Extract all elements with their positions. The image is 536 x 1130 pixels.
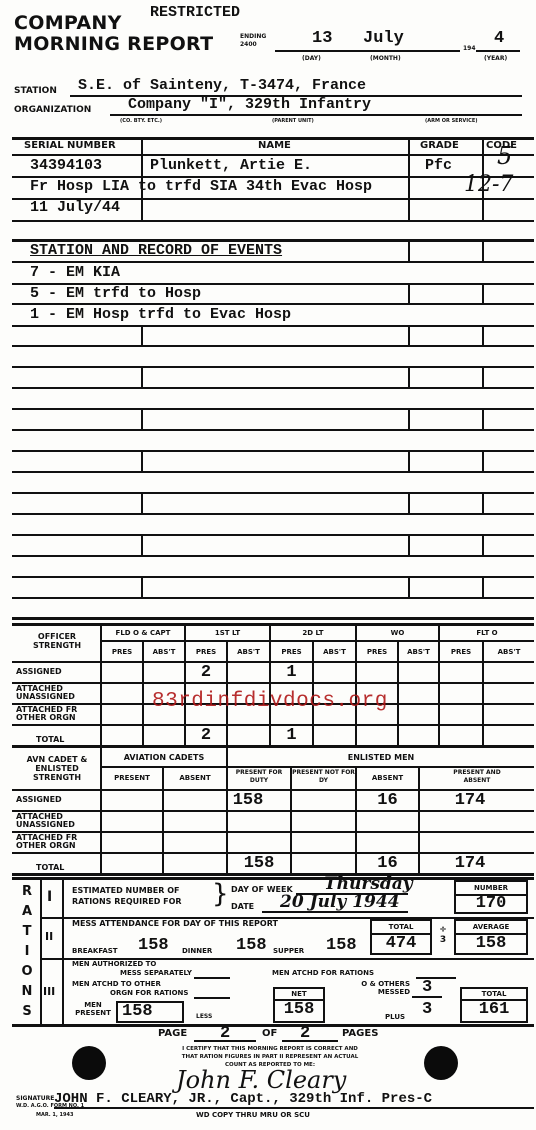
atchd-rations-label: MEN ATCHD FOR RATIONS — [272, 969, 374, 977]
plus-value: 3 — [422, 1000, 432, 1019]
date-label: DATE — [231, 902, 254, 911]
officer-group-flt-o: FLT O — [440, 629, 534, 637]
brace-icon: } — [212, 881, 229, 907]
enlisted-strength-title: AVN CADET & ENLISTED STRENGTH — [14, 755, 100, 782]
mess-total-value: 474 — [372, 934, 430, 953]
organization-underline — [110, 114, 522, 116]
rations-letter: N — [16, 982, 38, 1002]
officer-top-rule — [12, 623, 534, 626]
report-month: July — [363, 29, 404, 48]
organization-value: Company "I", 329th Infantry — [128, 96, 371, 113]
binder-hole-right-icon — [424, 1046, 458, 1080]
rations-numeral-2: II — [45, 930, 53, 943]
blank-rule — [12, 366, 534, 368]
entry-serial: 34394103 — [30, 157, 102, 174]
blank-rule — [12, 345, 534, 347]
enlisted-group-cadets: AVIATION CADETS — [102, 754, 226, 762]
mess-attendance-label: MESS ATTENDANCE FOR DAY OF THIS REPORT — [72, 919, 278, 928]
enlisted-subcol-absent-em: ABSENT — [357, 774, 418, 782]
event-item-1: 7 - EM KIA — [30, 264, 120, 281]
men-authorized-label-1: MEN AUTHORIZED TO — [72, 960, 156, 968]
form-title-line2: MORNING REPORT — [14, 33, 213, 55]
events-rule-1 — [12, 261, 534, 263]
enlisted-subcol-present: PRESENT — [102, 774, 162, 782]
ration-number-label: NUMBER — [456, 884, 526, 892]
blank-div — [482, 408, 484, 429]
mess-average-label: AVERAGE — [456, 923, 526, 931]
date-underline — [275, 50, 460, 52]
estimated-label-line2: RATIONS REQUIRED FOR — [72, 896, 182, 907]
men-present-label-1: MEN — [72, 1001, 114, 1009]
day-of-week-value: Thursday — [324, 874, 413, 894]
officer-subcol-abst: ABS'T — [484, 648, 534, 656]
report-day: 13 — [312, 29, 332, 48]
enlisted-total-absent: 16 — [357, 854, 418, 873]
report-year: 4 — [494, 29, 504, 48]
men-authorized-label-2: MESS SEPARATELY — [120, 969, 192, 977]
classification-stamp: RESTRICTED — [150, 4, 240, 21]
of-label: OF — [262, 1028, 277, 1039]
events-col-code-2 — [482, 283, 484, 303]
officer-group-fld-capt: FLD O & CAPT — [102, 629, 184, 637]
officer-group-2d-lt: 2D LT — [271, 629, 355, 637]
officer-subcol-abst: ABS'T — [144, 648, 184, 656]
org-caption-parent: (PARENT UNIT) — [272, 118, 314, 124]
officer-row-attached-other: ATTACHED FR OTHER ORGN — [16, 706, 96, 722]
enlisted-subcol-present-not-for-duty: PRESENT NOT FOR DY — [292, 769, 355, 785]
mess-total-label: TOTAL — [372, 923, 430, 931]
enlisted-row-attached-unassigned: ATTACHED UNASSIGNED — [16, 813, 96, 829]
blank-div — [408, 408, 410, 429]
entry-name: Plunkett, Artie E. — [150, 157, 312, 174]
officer-bottom-rule — [12, 745, 534, 748]
officer-subcol-abst: ABS'T — [314, 648, 355, 656]
rations-bottom-rule — [12, 1024, 534, 1027]
entry-handwritten-note: 12-7 — [464, 172, 513, 197]
blank-rule — [12, 555, 534, 557]
station-value: S.E. of Sainteny, T-3474, France — [78, 77, 366, 94]
blank-rule — [12, 429, 534, 431]
rations-estimated-label: ESTIMATED NUMBER OF RATIONS REQUIRED FOR — [72, 885, 182, 907]
blank-rule — [12, 492, 534, 494]
supper-label: SUPPER — [273, 947, 304, 955]
blank-div — [482, 534, 484, 555]
form-title-line1: COMPANY — [14, 12, 122, 34]
blank-rule — [12, 450, 534, 452]
enlisted-group-rule — [100, 766, 534, 768]
events-heading: STATION AND RECORD OF EVENTS — [30, 242, 282, 259]
blank-rule — [12, 576, 534, 578]
dinner-value: 158 — [236, 936, 267, 955]
ration-number-value: 170 — [456, 894, 526, 913]
officer-assigned-2d-lt-pres: 1 — [271, 663, 312, 682]
net-value: 158 — [275, 1000, 323, 1019]
others-messed-label: O & OTHERS MESSED — [346, 980, 410, 996]
event-item-2: 5 - EM trfd to Hosp — [30, 285, 201, 302]
dinner-label: DINNER — [182, 947, 212, 955]
blank-rule — [12, 617, 534, 620]
certify-line-1: I CERTIFY THAT THIS MORNING REPORT IS CO… — [140, 1045, 400, 1053]
enlisted-strength-title-text: AVN CADET & ENLISTED STRENGTH — [14, 755, 100, 782]
blank-div — [141, 366, 143, 387]
officer-subcol-abst: ABS'T — [399, 648, 438, 656]
rations-letter: S — [16, 1002, 38, 1022]
officer-subcol-pres: PRES — [186, 648, 226, 656]
enlisted-subcol-present-for-duty: PRESENT FOR DUTY — [228, 769, 290, 785]
blank-div — [482, 325, 484, 345]
ending-label: ENDING 2400 — [240, 33, 266, 49]
page-number: 2 — [220, 1024, 230, 1043]
signature-label: SIGNATURE — [16, 1095, 54, 1102]
enlisted-row-rule — [12, 831, 534, 833]
officer-total-1st-lt-pres: 2 — [186, 726, 226, 745]
station-label: STATION — [14, 86, 57, 96]
enlisted-row-attached-other: ATTACHED FR OTHER ORGN — [16, 834, 96, 850]
officer-group-wo: WO — [357, 629, 438, 637]
pages-label: PAGES — [342, 1028, 378, 1039]
signature-underline — [54, 1107, 534, 1109]
rations-total-label: TOTAL — [462, 990, 526, 998]
blank-div — [141, 492, 143, 513]
ration-date-value: 20 July 1944 — [280, 892, 400, 912]
blank-div — [408, 534, 410, 555]
divide-by-three-icon: ÷ 3 — [436, 925, 450, 945]
events-col-grade-2 — [408, 283, 410, 303]
watermark-text: 83rdinfdivdocs.org — [152, 690, 388, 713]
blank-div — [408, 450, 410, 471]
officer-subcol-pres: PRES — [440, 648, 482, 656]
day-caption: (DAY) — [302, 55, 321, 62]
rations-letter: I — [16, 942, 38, 962]
organization-label: ORGANIZATION — [14, 105, 91, 115]
rations-letter: O — [16, 962, 38, 982]
year-prefix: 194 — [463, 45, 476, 52]
col-header-grade: GRADE — [420, 140, 459, 151]
officer-strength-title: OFFICER STRENGTH — [14, 632, 100, 650]
enlisted-total-present-absent: 174 — [420, 854, 520, 873]
entry-bottom-rule — [12, 220, 534, 222]
blank-rule — [12, 408, 534, 410]
rations-numeral-1: I — [47, 889, 52, 905]
ending-label-2: 2400 — [240, 41, 266, 49]
blank-div — [141, 576, 143, 597]
net-label: NET — [275, 990, 323, 998]
officer-strength-title-text: OFFICER STRENGTH — [14, 632, 100, 650]
rations-letter: T — [16, 922, 38, 942]
enlisted-assigned-present-absent: 174 — [420, 791, 520, 810]
binder-hole-left-icon — [72, 1046, 106, 1080]
page-label: PAGE — [158, 1028, 187, 1039]
atchd-other-underline — [194, 997, 230, 999]
others-label-1: O & OTHERS — [346, 980, 410, 988]
enlisted-subcol-absent: ABSENT — [164, 774, 226, 782]
entry-remark-line2: 11 July/44 — [30, 199, 120, 216]
blank-div — [482, 492, 484, 513]
month-caption: (MONTH) — [370, 55, 401, 62]
officer-group-rule — [100, 640, 534, 642]
officer-total-2d-lt-pres: 1 — [271, 726, 312, 745]
less-label: LESS — [196, 1013, 212, 1020]
col-divider-2 — [408, 137, 410, 221]
atchd-other-label-2: ORGN FOR RATIONS — [110, 989, 188, 997]
enlisted-assigned-absent: 16 — [357, 791, 418, 810]
entry-grade: Pfc — [425, 157, 452, 174]
officer-subcol-pres: PRES — [271, 648, 312, 656]
blank-div — [141, 325, 143, 345]
men-present-label: MEN PRESENT — [72, 1001, 114, 1017]
blank-div — [408, 576, 410, 597]
events-col-code — [482, 239, 484, 261]
entry-code: 5 — [497, 142, 512, 170]
officer-subcol-abst: ABS'T — [228, 648, 269, 656]
officer-row-attached-unassigned: ATTACHED UNASSIGNED — [16, 685, 96, 701]
enlisted-bottom-rule — [12, 873, 534, 876]
blank-div — [482, 450, 484, 471]
blank-rule — [12, 471, 534, 473]
entry-remark-line1: Fr Hosp LIA to trfd SIA 34th Evac Hosp — [30, 178, 372, 195]
officer-row-rule — [12, 682, 534, 684]
blank-div — [482, 366, 484, 387]
mess-average-value: 158 — [456, 934, 526, 953]
rations-letter: A — [16, 902, 38, 922]
supper-value: 158 — [326, 936, 357, 955]
officer-assigned-1st-lt-pres: 2 — [186, 663, 226, 682]
rations-letter: R — [16, 882, 38, 902]
blank-rule — [12, 513, 534, 515]
others-messed-value: 3 — [422, 978, 432, 997]
officer-subcol-pres: PRES — [102, 648, 142, 656]
enlisted-row-assigned: ASSIGNED — [16, 796, 62, 804]
enlisted-group-men: ENLISTED MEN — [228, 754, 534, 762]
events-col-grade — [408, 239, 410, 261]
rations-numeral-divider — [62, 877, 64, 1024]
col-header-serial: SERIAL NUMBER — [24, 140, 116, 151]
events-rule-3 — [12, 303, 534, 305]
officer-row-assigned: ASSIGNED — [16, 668, 62, 676]
blank-div — [141, 534, 143, 555]
org-caption-unit: (CO. BTY. ETC.) — [120, 118, 162, 124]
year-underline — [476, 50, 520, 52]
certify-line-2: THAT RATION FIGURES IN PART II REPRESENT… — [140, 1053, 400, 1061]
breakfast-value: 158 — [138, 936, 169, 955]
ending-label-1: ENDING — [240, 33, 266, 41]
enlisted-assigned-present-duty: 158 — [228, 791, 268, 810]
rations-numeral-3: III — [43, 985, 55, 998]
others-label-2: MESSED — [346, 988, 410, 996]
enlisted-col-div — [162, 766, 164, 873]
blank-div — [141, 408, 143, 429]
blank-div — [408, 325, 410, 345]
year-caption: (YEAR) — [484, 55, 507, 62]
total-pages: 2 — [300, 1024, 310, 1043]
rations-side-label: R A T I O N S — [16, 882, 38, 1022]
blank-div — [482, 576, 484, 597]
blank-rule — [12, 534, 534, 536]
col-header-name: NAME — [258, 140, 291, 151]
officer-group-1st-lt: 1ST LT — [186, 629, 269, 637]
men-present-label-2: PRESENT — [72, 1009, 114, 1017]
breakfast-label: BREAKFAST — [72, 947, 118, 955]
rations-total-value: 161 — [462, 1000, 526, 1019]
events-rule-4 — [12, 325, 534, 327]
officer-row-total: TOTAL — [36, 736, 64, 744]
signer-name: JOHN F. CLEARY, JR., Capt., 329th Inf. P… — [54, 1091, 432, 1107]
form-date: MAR. 1, 1943 — [36, 1112, 73, 1118]
plus-label: PLUS — [385, 1013, 405, 1021]
estimated-label-line1: ESTIMATED NUMBER OF — [72, 885, 182, 896]
men-authorized-underline — [194, 977, 230, 979]
men-present-value: 158 — [122, 1002, 153, 1021]
blank-rule — [12, 387, 534, 389]
blank-rule — [12, 597, 534, 599]
atchd-other-label-1: MEN ATCHD TO OTHER — [72, 980, 161, 988]
enlisted-row-total: TOTAL — [36, 864, 64, 872]
header-bottom-rule — [12, 154, 534, 156]
blank-div — [408, 492, 410, 513]
blank-div — [408, 366, 410, 387]
enlisted-total-present-duty: 158 — [228, 854, 290, 873]
handwritten-signature: John F. Cleary — [176, 1066, 346, 1094]
enlisted-row-rule — [12, 810, 534, 812]
event-item-3: 1 - EM Hosp trfd to Evac Hosp — [30, 306, 291, 323]
blank-div — [141, 450, 143, 471]
rations-side-divider — [40, 877, 42, 1024]
org-caption-arm: (ARM OR SERVICE) — [425, 118, 478, 124]
copy-routing-note: WD COPY THRU MRU OR SCU — [196, 1111, 310, 1119]
officer-subcol-pres: PRES — [357, 648, 397, 656]
enlisted-subcol-present-and-absent: PRESENT AND ABSENT — [420, 769, 534, 785]
